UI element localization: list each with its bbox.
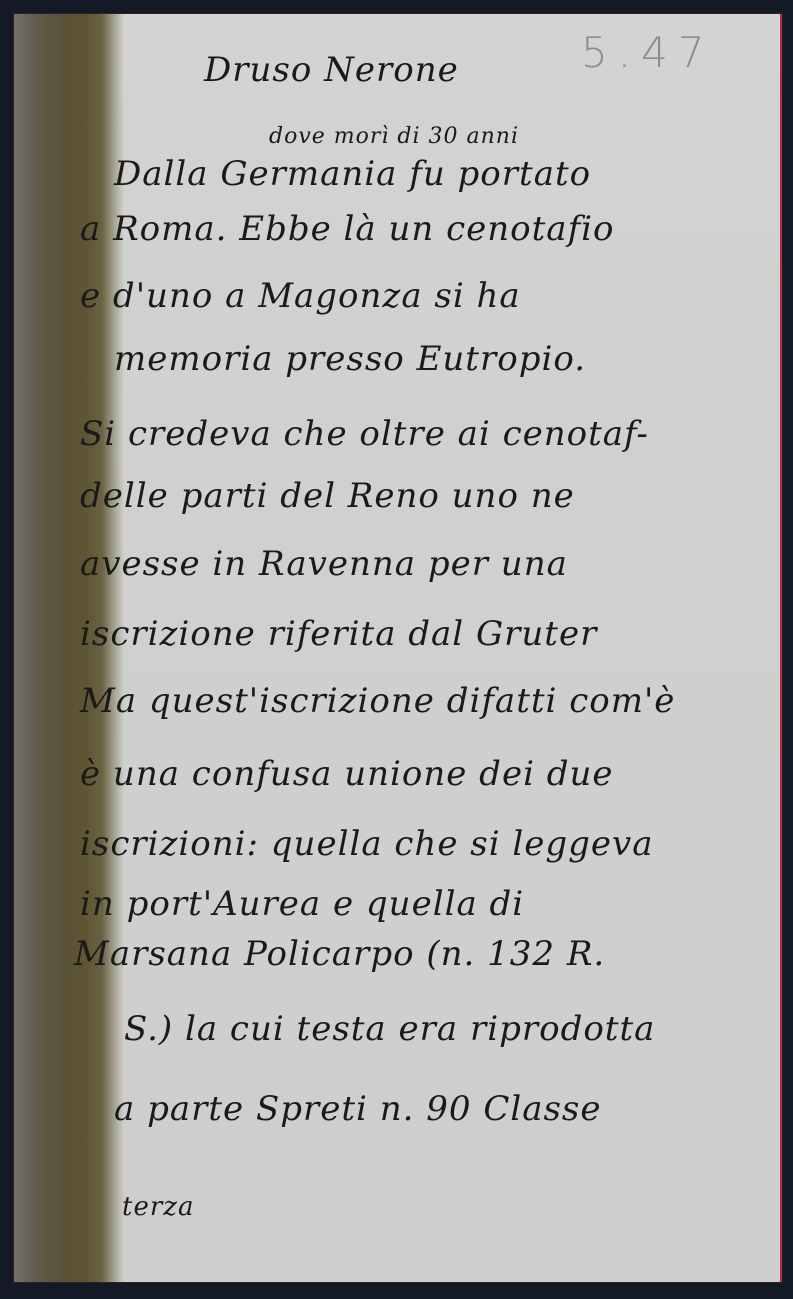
manuscript-line: Ma quest'iscrizione difatti com'è [80, 681, 675, 721]
manuscript-line: memoria presso Eutropio. [114, 339, 586, 379]
manuscript-line: Marsana Policarpo (n. 132 R. [74, 934, 605, 974]
manuscript-line: S.) la cui testa era riprodotta [124, 1009, 655, 1049]
manuscript-sheet: 5.47 Druso Nerone dove morì di 30 anni D… [14, 14, 782, 1282]
catchword: terza [122, 1192, 194, 1222]
archive-number: 5.47 [581, 28, 715, 77]
interlinear-note: dove morì di 30 anni [269, 124, 519, 149]
manuscript-line: avesse in Ravenna per una [80, 544, 568, 584]
manuscript-line: in port'Aurea e quella di [80, 884, 524, 924]
manuscript-line: Si credeva che oltre ai cenotaf- [80, 414, 649, 454]
manuscript-line: a parte Spreti n. 90 Classe [114, 1089, 602, 1129]
manuscript-line: a Roma. Ebbe là un cenotafio [80, 209, 615, 249]
manuscript-line: e d'uno a Magonza si ha [80, 276, 521, 316]
manuscript-title: Druso Nerone [204, 50, 459, 90]
manuscript-line: Dalla Germania fu portato [114, 154, 591, 194]
manuscript-line: iscrizioni: quella che si leggeva [80, 824, 654, 864]
manuscript-line: delle parti del Reno uno ne [80, 476, 575, 516]
manuscript-line: è una confusa unione dei due [80, 754, 614, 794]
manuscript-line: iscrizione riferita dal Gruter [80, 614, 597, 654]
